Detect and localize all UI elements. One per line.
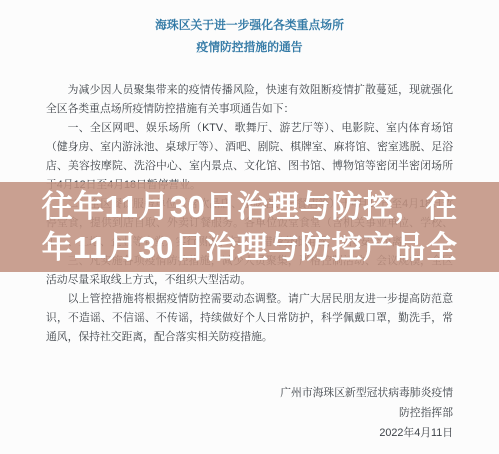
signature-org-line2: 防控指挥部 bbox=[46, 403, 453, 423]
notice-document: 海珠区关于进一步强化各类重点场所 疫情防控措施的通告 为减少因人员聚集带来的疫情… bbox=[0, 0, 499, 454]
notice-title-line1: 海珠区关于进一步强化各类重点场所 bbox=[46, 14, 453, 36]
paragraph-intro: 为减少因人员聚集带来的疫情传播风险，快速有效阻断疫情扩散蔓延，现就强化全区各类重… bbox=[46, 81, 453, 119]
paragraph-item-2: 二、全区餐饮服务单位（含饮品店、小吃店、早餐店等）于4月12日至4月18日暂停堂… bbox=[46, 195, 453, 252]
paragraph-item-1: 一、全区网吧、娱乐场所（KTV、歌舞厅、游艺厅等）、电影院、室内体育场馆（健身房… bbox=[46, 119, 453, 195]
signature-block: 广州市海珠区新型冠状病毒肺炎疫情 防控指挥部 2022年4月11日 bbox=[46, 383, 453, 443]
paragraph-item-3: 三、凡实施各项疫情防控措施，减少人员聚集，严格控制活动、会议规模，全区活动尽量采… bbox=[46, 252, 453, 290]
signature-org-line1: 广州市海珠区新型冠状病毒肺炎疫情 bbox=[46, 383, 453, 403]
signature-date: 2022年4月11日 bbox=[46, 423, 453, 443]
notice-page: 海珠区关于进一步强化各类重点场所 疫情防控措施的通告 为减少因人员聚集带来的疫情… bbox=[0, 0, 499, 454]
notice-title: 海珠区关于进一步强化各类重点场所 疫情防控措施的通告 bbox=[46, 14, 453, 58]
paragraph-closing: 以上管控措施将根据疫情防控需要动态调整。请广大居民朋友进一步提高防范意识，不造谣… bbox=[46, 290, 453, 347]
notice-title-line2: 疫情防控措施的通告 bbox=[46, 36, 453, 58]
